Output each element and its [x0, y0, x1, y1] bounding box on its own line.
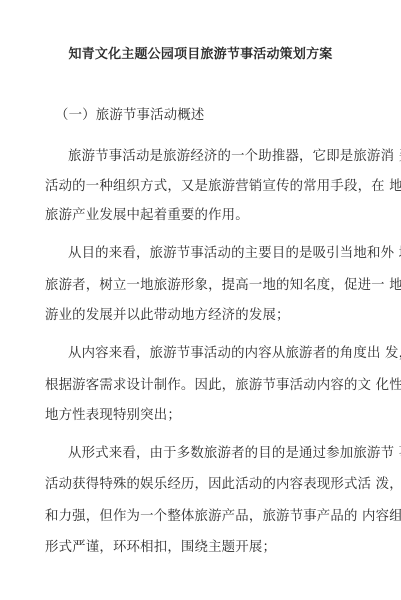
paragraph-line: 根据游客需求设计制作。因此，旅游节事活动内容的文 化性和 [45, 378, 401, 394]
paragraph-line: 活动的一种组织方式，又是旅游营销宣传的常用手段，在 地区 [45, 179, 401, 195]
paragraph-line: 形式严谨，环环相扣，围绕主题开展； [45, 540, 276, 556]
paragraph-line: 和力强，但作为一个整体旅游产品，旅游节事产品的 内容组合 [45, 509, 401, 525]
paragraph-line: 地方性表现特别突出； [45, 408, 181, 424]
paragraph-line: 旅游节事活动是旅游经济的一个助推器，它即是旅游消 费 [68, 149, 401, 165]
document-title: 知青文化主题公园项目旅游节事活动策划方案 [0, 47, 401, 63]
section-heading: （一）旅游节事活动概述 [55, 108, 205, 124]
paragraph-line: 从内容来看，旅游节事活动的内容从旅游者的角度出 发， [68, 346, 401, 362]
paragraph-line: 活动获得特殊的娱乐经历，因此活动的内容表现形式活 泼，亲 [45, 477, 401, 493]
paragraph-line: 从目的来看，旅游节事活动的主要目的是吸引当地和外 地 [68, 246, 401, 262]
paragraph-line: 从形式来看，由于多数旅游者的目的是通过参加旅游节 事 [68, 446, 401, 462]
paragraph-line: 游业的发展并以此带动地方经济的发展； [45, 308, 290, 324]
paragraph-line: 旅游者，树立一地旅游形象，提高一地的知名度，促进一 地旅 [45, 278, 401, 294]
paragraph-line: 旅游产业发展中起着重要的作用。 [45, 208, 249, 224]
